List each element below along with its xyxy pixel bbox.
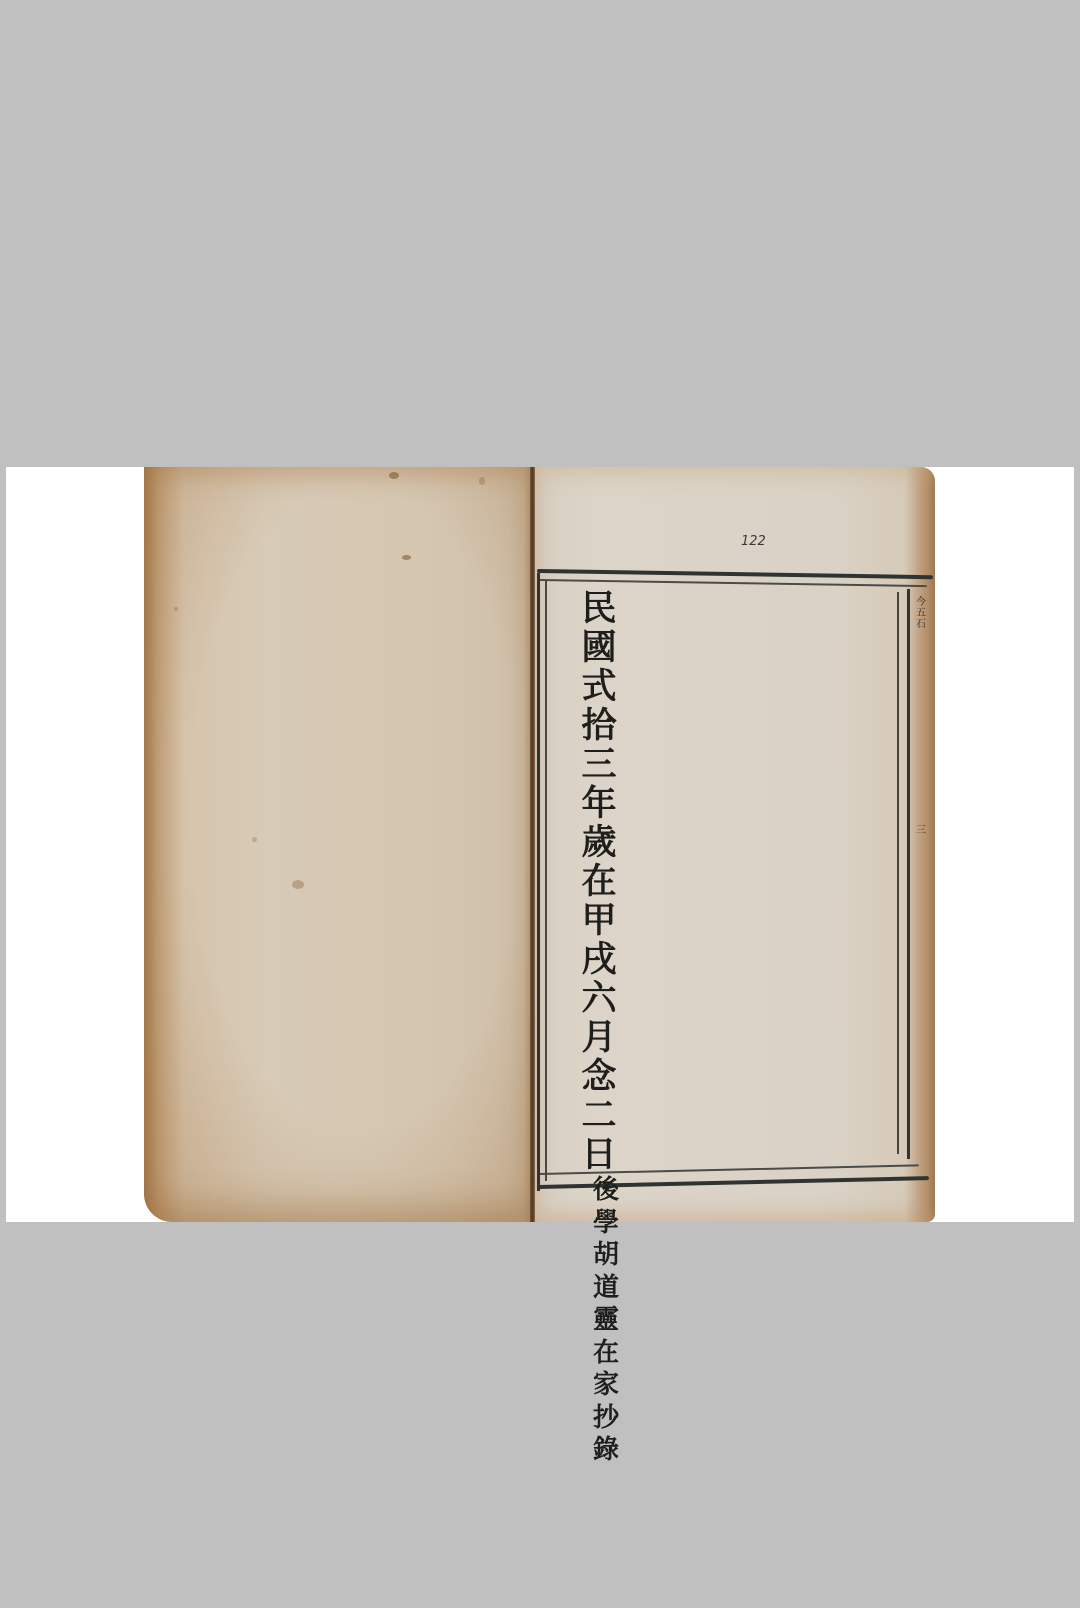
colophon-char: 歲	[581, 823, 616, 862]
colophon-char: 三	[581, 745, 616, 784]
frame-top-outer	[537, 569, 933, 579]
frame-left-inner	[545, 581, 547, 1181]
copyist-char: 胡	[593, 1239, 619, 1272]
colophon-char: 甲	[581, 901, 616, 940]
copyist-char: 在	[593, 1337, 619, 1370]
copyist-char: 錄	[593, 1434, 619, 1467]
colophon-char: 戌	[581, 940, 616, 979]
right-page: 122 民 國 式 拾 三 年 歲 在 甲 戌 六 月 念 二 日	[535, 467, 935, 1222]
colophon-char: 民	[581, 589, 616, 628]
colophon-char: 在	[581, 862, 616, 901]
edge-char: 三	[916, 825, 926, 836]
colophon-char: 念	[581, 1057, 616, 1096]
paper-stain	[402, 555, 411, 560]
paper-stain	[252, 837, 257, 842]
paper-stain	[479, 477, 485, 485]
frame-left-outer	[537, 573, 540, 1191]
copyist-char: 靈	[593, 1304, 619, 1337]
colophon-char: 六	[581, 979, 616, 1018]
copyist-char: 學	[593, 1207, 619, 1240]
paper-stain	[174, 607, 178, 611]
frame-top-inner	[539, 579, 927, 587]
edge-fragment-text: 今 五 石	[915, 597, 927, 630]
frame-right-inner	[897, 592, 899, 1154]
colophon-char: 式	[581, 667, 616, 706]
colophon-char: 二	[581, 1096, 616, 1135]
colophon-char: 日	[581, 1135, 616, 1174]
page-number: 122	[741, 534, 766, 549]
edge-char: 今	[916, 597, 926, 608]
frame-right-outer	[907, 589, 910, 1159]
copyist-char: 家	[593, 1369, 619, 1402]
colophon-char: 年	[581, 784, 616, 823]
paper-stain	[389, 472, 399, 479]
colophon-text-column: 民 國 式 拾 三 年 歲 在 甲 戌 六 月 念 二 日 後 學 胡 道 靈 …	[571, 589, 627, 1467]
copyist-char: 抄	[593, 1402, 619, 1435]
colophon-char: 月	[581, 1018, 616, 1057]
open-book: 122 民 國 式 拾 三 年 歲 在 甲 戌 六 月 念 二 日	[144, 467, 935, 1222]
left-page-blank	[144, 467, 532, 1222]
colophon-char: 國	[581, 628, 616, 667]
copyist-char: 道	[593, 1272, 619, 1305]
edge-char: 石	[916, 619, 926, 630]
paper-stain	[292, 880, 304, 889]
copyist-char: 後	[593, 1174, 619, 1207]
colophon-char: 拾	[581, 706, 616, 745]
edge-fragment-text: 三	[915, 825, 927, 836]
edge-char: 五	[916, 608, 926, 619]
